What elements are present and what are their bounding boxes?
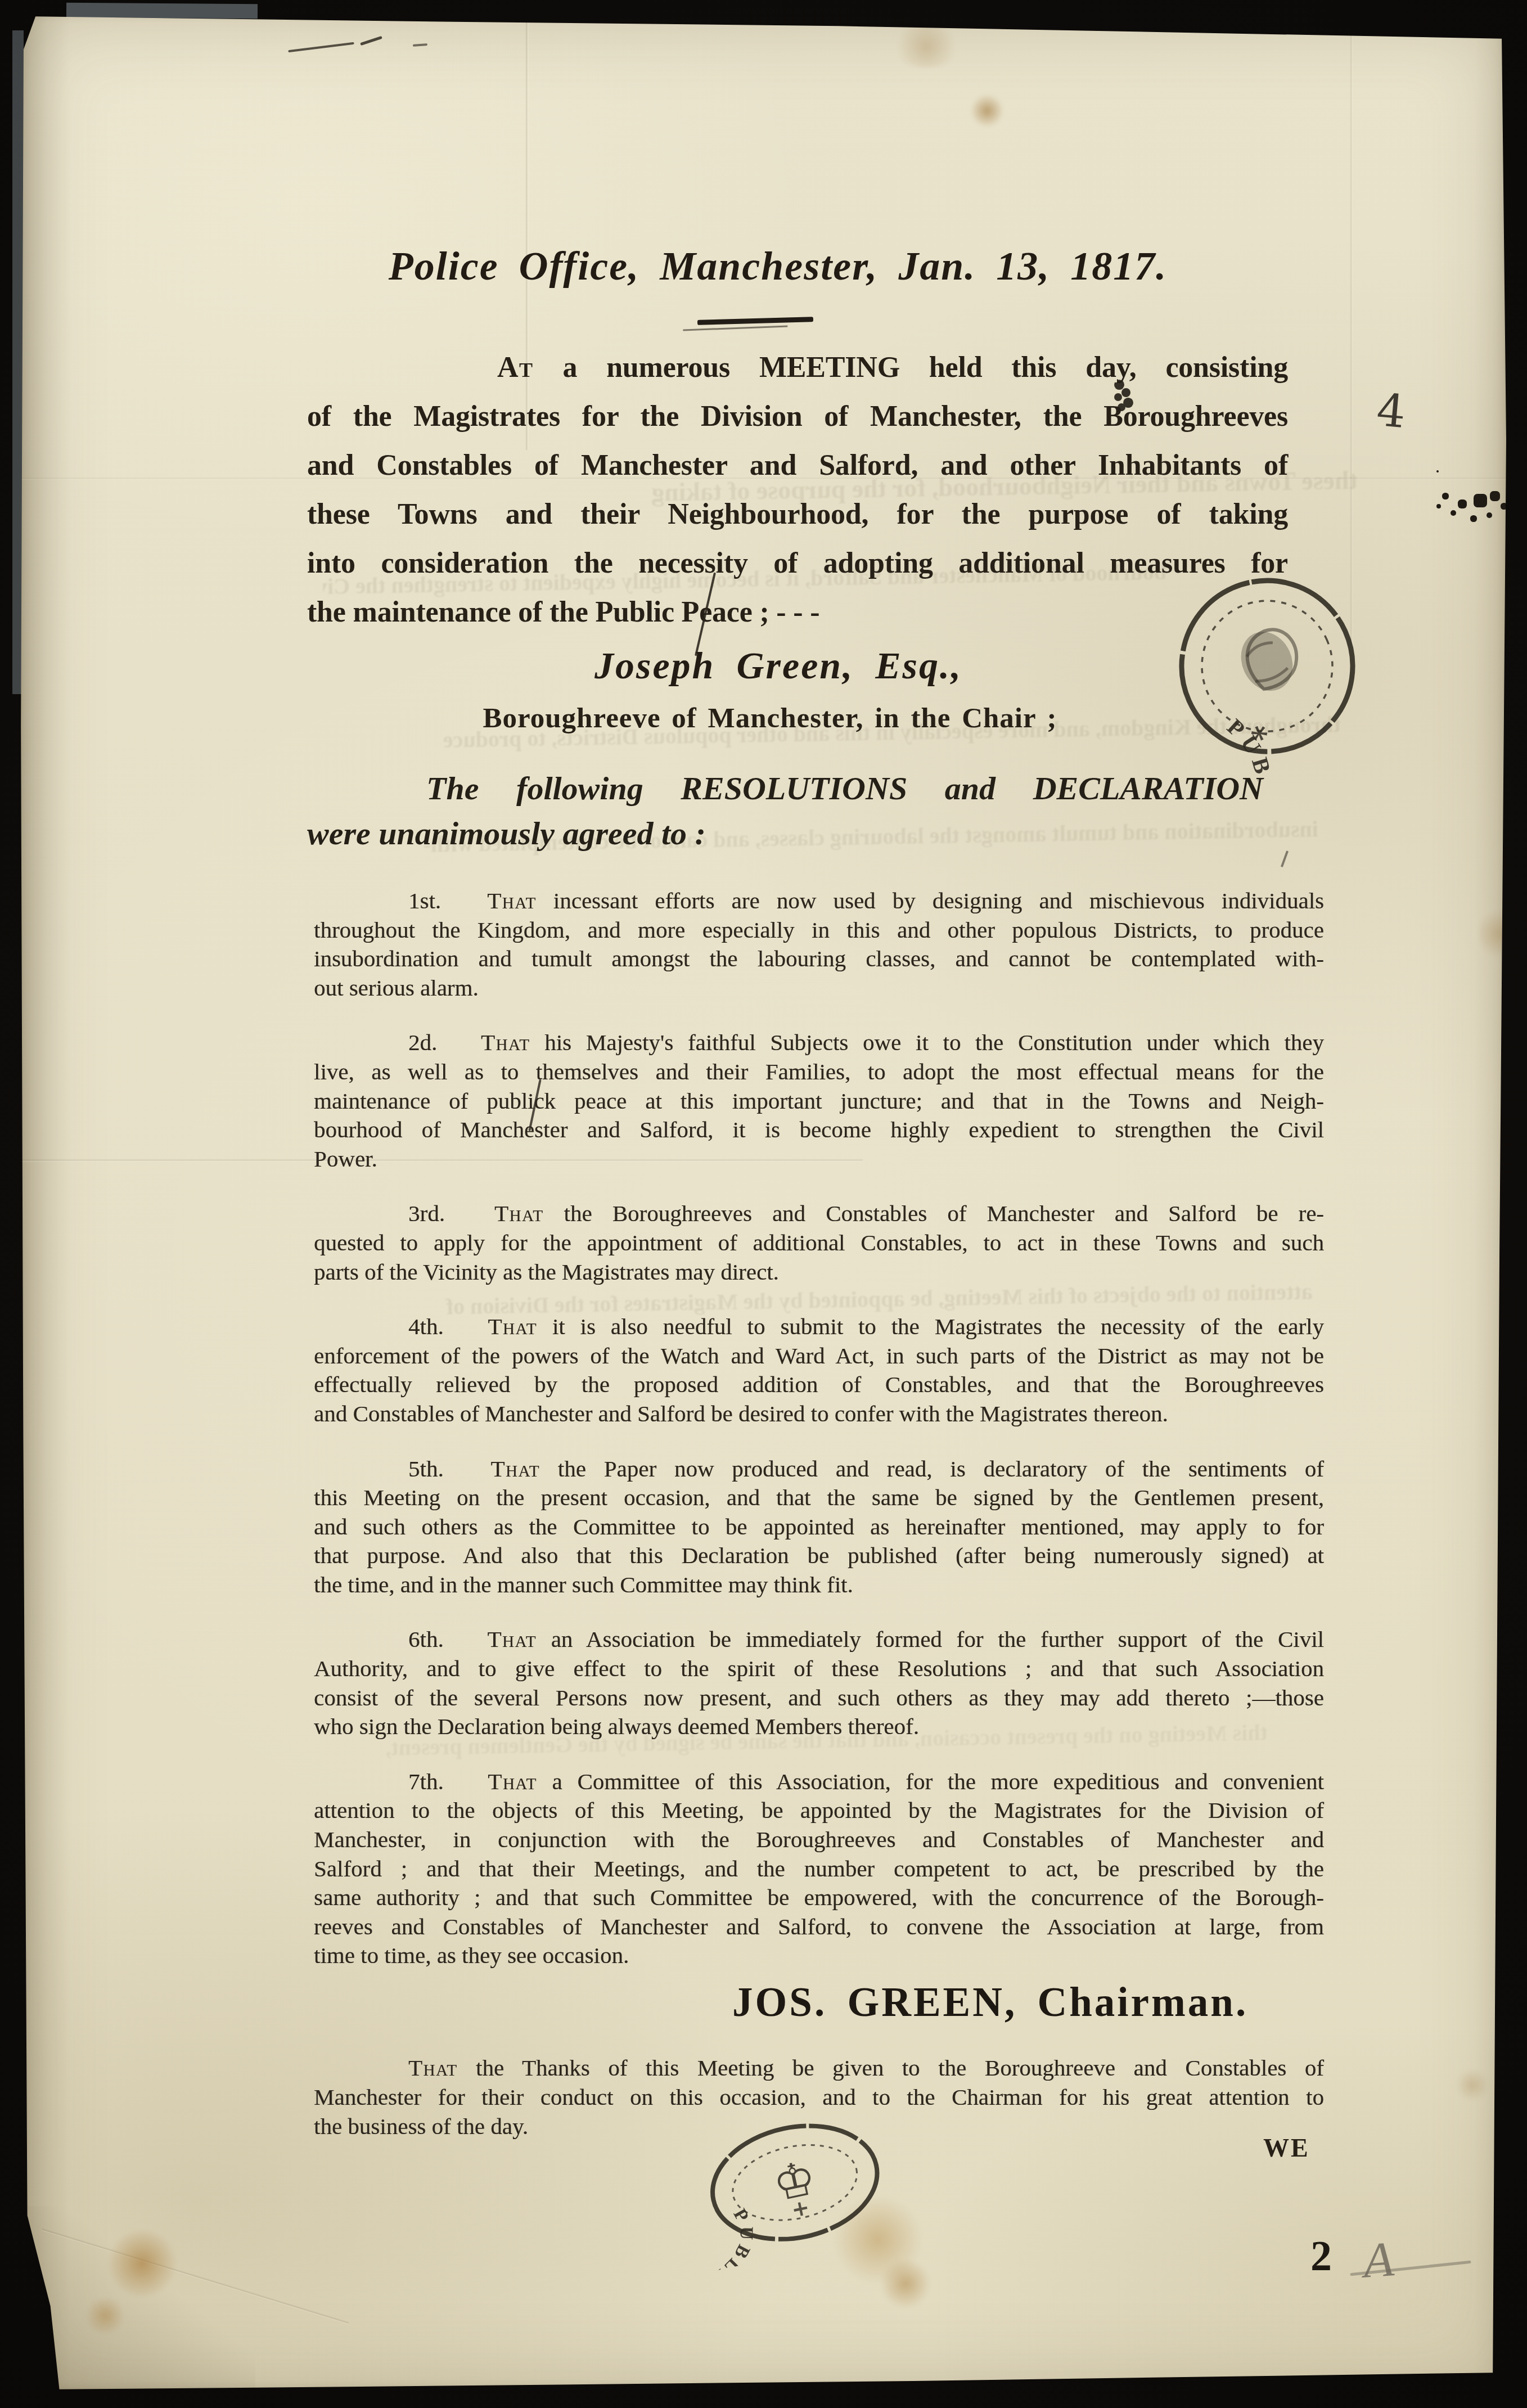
line-text: it is also needful to submit to the Magi… bbox=[552, 1313, 1324, 1339]
text-line: and such others as the Committee to be a… bbox=[314, 1513, 1324, 1542]
dateline-rule bbox=[697, 317, 813, 325]
line-text: the Thanks of this Meeting be given to t… bbox=[476, 2055, 1324, 2081]
text-line: The following RESOLUTIONS and DECLARATIO… bbox=[307, 766, 1263, 811]
text-line: 1st. That incessant efforts are now used… bbox=[314, 886, 1324, 916]
that-word: That bbox=[488, 1768, 537, 1794]
foxing-stain bbox=[1454, 2070, 1490, 2100]
that-word: That bbox=[408, 2055, 457, 2081]
photo-backdrop: these Towns and their Neighbourhood, for… bbox=[0, 0, 1527, 2408]
text-line: and Constables of Manchester and Salford… bbox=[307, 441, 1288, 490]
resolution-number: 7th. bbox=[408, 1768, 444, 1794]
svg-text:PUBLIC RECORD OFFICE: PUBLIC RECORD OFFICE bbox=[691, 2164, 769, 2270]
foxing-stain bbox=[970, 94, 1005, 127]
printed-page-number: 2 bbox=[1310, 2232, 1332, 2281]
foxing-stain bbox=[1479, 907, 1520, 961]
text-line: consist of the several Persons now prese… bbox=[314, 1684, 1324, 1713]
text-line: effectually relieved by the proposed add… bbox=[314, 1370, 1324, 1399]
handwritten-folio-number: 4 bbox=[1375, 384, 1408, 438]
text-line: the time, and in the manner such Committ… bbox=[314, 1570, 1324, 1600]
page-edge-shading bbox=[19, 11, 70, 2392]
text-line: Manchester for their conduct on this occ… bbox=[314, 2082, 1324, 2112]
text-line: Manchester, in conjunction with the Boro… bbox=[314, 1825, 1324, 1855]
resolutions-heading: The following RESOLUTIONS and DECLARATIO… bbox=[307, 766, 1263, 856]
resolution-paragraph: 1st. That incessant efforts are now used… bbox=[314, 886, 1324, 1002]
ink-specks bbox=[1436, 470, 1439, 472]
that-word: That bbox=[491, 1456, 540, 1482]
lead-word: At bbox=[497, 352, 534, 384]
text-line: who sign the Declaration being always de… bbox=[314, 1712, 1324, 1741]
resolutions-list: 1st. That incessant efforts are now used… bbox=[314, 886, 1324, 1996]
text-line: enforcement of the powers of the Watch a… bbox=[314, 1342, 1324, 1371]
text-line: insubordination and tumult amongst the l… bbox=[314, 944, 1324, 974]
resolution-paragraph: 3rd. That the Boroughreeves and Constabl… bbox=[314, 1199, 1324, 1286]
text-line: Power. bbox=[314, 1145, 1324, 1174]
text-line: out serious alarm. bbox=[314, 974, 1324, 1003]
ink-mark bbox=[413, 43, 427, 47]
text-line: 4th. That it is also needful to submit t… bbox=[314, 1312, 1324, 1342]
line-text: incessant efforts are now used by design… bbox=[553, 888, 1324, 913]
that-word: That bbox=[494, 1200, 543, 1226]
fold-crease bbox=[1350, 26, 1353, 645]
text-line: Authority, and to give effect to the spi… bbox=[314, 1654, 1324, 1684]
text-line: this Meeting on the present occasion, an… bbox=[314, 1483, 1324, 1513]
that-word: That bbox=[487, 1626, 536, 1652]
text-line: maintenance of publick peace at this imp… bbox=[314, 1087, 1324, 1116]
resolution-paragraph: 2d. That his Majesty's faithful Subjects… bbox=[314, 1028, 1324, 1173]
dateline-heading: Police Office, Manchester, Jan. 13, 1817… bbox=[19, 243, 1522, 290]
foxing-stain bbox=[879, 2260, 933, 2307]
line-text: the Boroughreeves and Constables of Manc… bbox=[564, 1200, 1325, 1226]
resolution-number: 3rd. bbox=[408, 1200, 445, 1226]
text-line: bourhood of Manchester and Salford, it i… bbox=[314, 1115, 1324, 1145]
text-line: of the Magistrates for the Division of M… bbox=[307, 392, 1288, 441]
text-line: and Constables of Manchester and Salford… bbox=[314, 1399, 1324, 1429]
text-line: reeves and Constables of Manchester and … bbox=[314, 1912, 1324, 1942]
text-line: attention to the objects of this Meeting… bbox=[314, 1796, 1324, 1825]
document-page: these Towns and their Neighbourhood, for… bbox=[19, 11, 1508, 2392]
line-text: an Association be immediately formed for… bbox=[551, 1626, 1324, 1652]
resolution-paragraph: 7th. That a Committee of this Associatio… bbox=[314, 1767, 1324, 1970]
resolution-number: 5th. bbox=[408, 1456, 444, 1482]
text-line: 7th. That a Committee of this Associatio… bbox=[314, 1767, 1324, 1797]
text-line: At a numerous MEETING held this day, con… bbox=[307, 343, 1288, 392]
text-line: into consideration the necessity of adop… bbox=[307, 539, 1288, 588]
text-line: same authority ; and that such Committee… bbox=[314, 1883, 1324, 1912]
pencil-letter: A bbox=[1362, 2231, 1396, 2290]
text-line: That the Thanks of this Meeting be given… bbox=[314, 2053, 1324, 2082]
foxing-stain bbox=[890, 26, 963, 67]
ink-mark bbox=[360, 36, 382, 46]
resolution-number: 4th. bbox=[408, 1313, 444, 1339]
resolution-number: 6th. bbox=[408, 1626, 444, 1652]
page-edge-shading bbox=[1475, 11, 1508, 2392]
ink-squiggle bbox=[1114, 378, 1118, 382]
text-line: time to time, as they see occasion. bbox=[314, 1941, 1324, 1970]
resolution-paragraph: 4th. That it is also needful to submit t… bbox=[314, 1312, 1324, 1428]
that-word: That bbox=[487, 888, 536, 913]
text-line: 3rd. That the Boroughreeves and Constabl… bbox=[314, 1199, 1324, 1228]
opening-paragraph: At a numerous MEETING held this day, con… bbox=[307, 343, 1288, 637]
text-line: Salford ; and that their Meetings, and t… bbox=[314, 1855, 1324, 1884]
text-line: 2d. That his Majesty's faithful Subjects… bbox=[314, 1028, 1324, 1057]
that-word: That bbox=[481, 1029, 530, 1055]
line-text: the Paper now produced and read, is decl… bbox=[558, 1456, 1324, 1482]
line-text: a Committee of this Association, for the… bbox=[552, 1768, 1325, 1794]
text-line: live, as well as to themselves and their… bbox=[314, 1057, 1324, 1087]
text-line: were unanimously agreed to : bbox=[307, 811, 1263, 856]
ink-mark bbox=[288, 42, 354, 52]
text-line: 5th. That the Paper now produced and rea… bbox=[314, 1455, 1324, 1484]
text-line: throughout the Kingdom, and more especia… bbox=[314, 916, 1324, 945]
foxing-stain bbox=[107, 2231, 178, 2296]
text-line: parts of the Vicinity as the Magistrates… bbox=[314, 1258, 1324, 1287]
foxing-stain bbox=[84, 2298, 126, 2333]
backing-sheet-edge bbox=[66, 3, 258, 19]
line-text: his Majesty's faithful Subjects owe it t… bbox=[544, 1029, 1324, 1055]
text-line: quested to apply for the appointment of … bbox=[314, 1228, 1324, 1258]
chairman-signature: JOS. GREEN, Chairman. bbox=[732, 1979, 1248, 2026]
pencil-tick bbox=[1281, 850, 1289, 867]
text-line: that purpose. And also that this Declara… bbox=[314, 1541, 1324, 1570]
oval-stamp-text: PUBLIC RECORD OFFICE bbox=[691, 2164, 769, 2270]
resolution-number: 1st. bbox=[408, 888, 441, 913]
resolution-paragraph: 6th. That an Association be immediately … bbox=[314, 1625, 1324, 1741]
resolution-paragraph: 5th. That the Paper now produced and rea… bbox=[314, 1455, 1324, 1600]
resolution-number: 2d. bbox=[408, 1029, 437, 1055]
catchword: WE bbox=[1263, 2133, 1310, 2163]
text-line: 6th. That an Association be immediately … bbox=[314, 1625, 1324, 1654]
line-text: a numerous MEETING held this day, consis… bbox=[562, 352, 1288, 384]
that-word: That bbox=[488, 1313, 537, 1339]
text-line: these Towns and their Neighbourhood, for… bbox=[307, 490, 1288, 539]
